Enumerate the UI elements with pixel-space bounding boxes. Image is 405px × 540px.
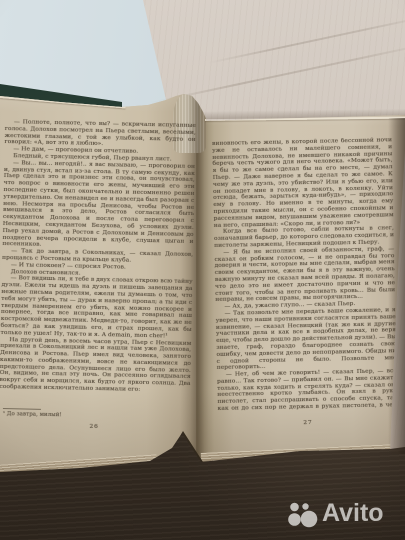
avito-logo-dots-icon — [286, 497, 319, 529]
listing-photo: — Полноте, полноте, что вы? — вскричали … — [0, 0, 405, 540]
page-number-left: 26 — [0, 422, 190, 432]
avito-logo-text: Avito — [322, 501, 384, 526]
paragraph: — Вы... вы... негодяй!.. я вас вызываю, … — [2, 160, 195, 252]
paragraph: — Так позвольте мне передать ваше сожале… — [216, 307, 397, 372]
paragraph: На другой день, в восемь часов утра, Пье… — [0, 336, 191, 394]
footnote-separator — [3, 408, 41, 409]
wood-seam-line — [208, 14, 405, 63]
paragraph: — Я бы не исполнил своей обязанности, гр… — [214, 246, 395, 304]
paragraph: — Нет, об чем же говорить! — сказал Пьер… — [217, 368, 398, 413]
paragraph: — Полноте, полноте, что вы? — вскричали … — [4, 119, 196, 150]
left-page-content: — Полноте, полноте, что вы? — вскричали … — [0, 119, 196, 453]
right-page-content: виновность его жены, в которой после бес… — [212, 137, 398, 441]
footnote: ¹ До завтра, милый! — [3, 411, 62, 418]
page-number-right: 27 — [218, 418, 398, 428]
avito-watermark: Avito — [286, 497, 384, 529]
paragraph: виновность его жены, в которой после бес… — [212, 137, 394, 229]
wood-seam-line — [150, 41, 405, 104]
right-page-text: виновность его жены, в которой после бес… — [212, 137, 398, 413]
paragraph: — Вот видишь ли, я тебе в двух словах от… — [0, 275, 192, 340]
right-edge-shadow — [388, 118, 405, 454]
left-page-text: — Полноте, полноте, что вы? — вскричали … — [0, 119, 196, 409]
